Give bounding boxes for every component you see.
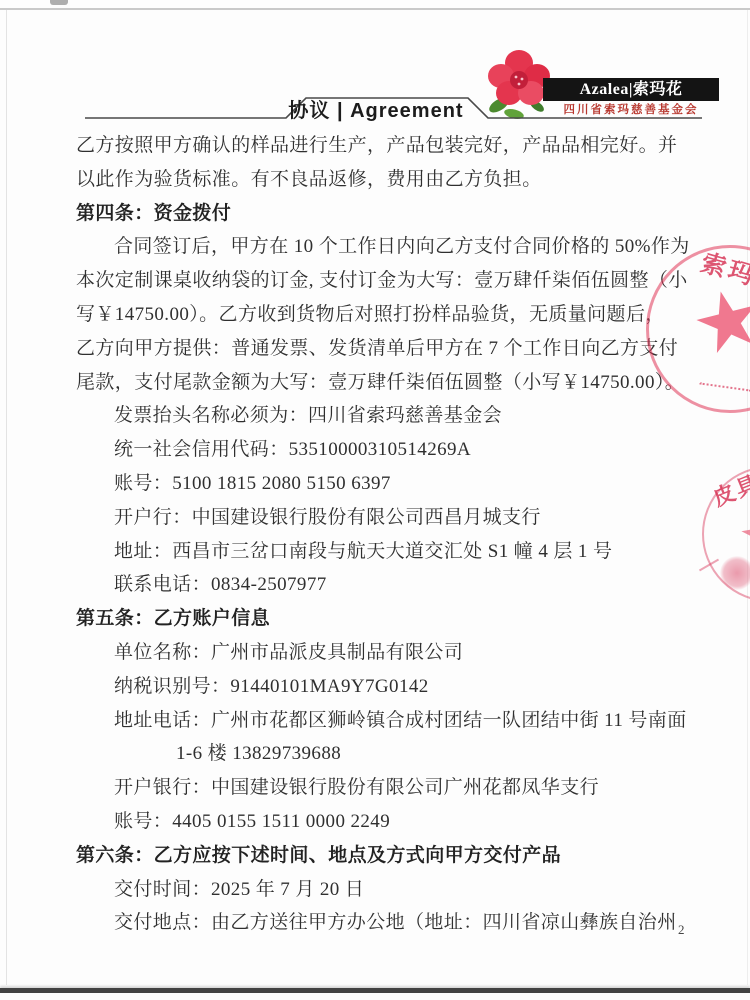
seal-serial-marks [699, 382, 750, 397]
seal-emblem-blob [720, 556, 750, 590]
seal-star-icon [688, 281, 750, 361]
scan-edge-left [6, 10, 7, 985]
address-line: 地址：西昌市三岔口南段与航天大道交汇处 S1 幢 4 层 1 号 [76, 535, 708, 569]
bank-line: 开户行：中国建设银行股份有限公司西昌月城支行 [76, 501, 708, 535]
clause-4-heading: 第四条：资金拨付 [76, 197, 708, 231]
agreement-body: 乙方按照甲方确认的样品进行生产，产品包装完好，产品品相完好。并 以此作为验货标准… [76, 129, 708, 940]
clause-5-heading: 第五条：乙方账户信息 [76, 602, 708, 636]
company-name-line: 单位名称：广州市品派皮具制品有限公司 [76, 636, 708, 670]
credit-code-line: 统一社会信用代码：53510000310514269A [76, 433, 708, 467]
phone-line: 联系电话：0834-2507977 [76, 568, 708, 602]
company-seal-characters: 皮具 [708, 466, 750, 513]
tax-id-line: 纳税识别号：91440101MA9Y7G0142 [76, 670, 708, 704]
company-address-line-2: 1-6 楼 13829739688 [76, 737, 708, 771]
company-red-seal: 皮具 [702, 466, 750, 602]
delivery-time-line: 交付时间：2025 年 7 月 20 日 [76, 873, 708, 907]
body-line: 乙方按照甲方确认的样品进行生产，产品包装完好，产品品相完好。并 [76, 129, 708, 163]
body-line: 尾款，支付尾款金额为大写：壹万肆仟柒佰伍圆整（小写￥14750.00）。 [76, 366, 708, 400]
body-line: 乙方向甲方提供：普通发票、发货清单后甲方在 7 个工作日向乙方支付 [76, 332, 708, 366]
clause-6-heading: 第六条：乙方应按下述时间、地点及方式向甲方交付产品 [76, 839, 708, 873]
page-title: 协议 | Agreement [286, 94, 466, 120]
scan-edge-bottom [0, 988, 750, 993]
body-line: 本次定制课桌收纳袋的订金, 支付订金为大写：壹万肆仟柒佰伍圆整（小 [76, 264, 708, 298]
company-account-line: 账号：4405 0155 1511 0000 2249 [76, 805, 708, 839]
page-number: 2 [678, 922, 685, 938]
scan-notch [50, 0, 68, 5]
invoice-title-line: 发票抬头名称必须为：四川省索玛慈善基金会 [76, 399, 708, 433]
delivery-place-line: 交付地点：由乙方送往甲方办公地（地址：四川省凉山彝族自治州 [76, 906, 708, 940]
company-bank-line: 开户银行：中国建设银行股份有限公司广州花都凤华支行 [76, 771, 708, 805]
body-line: 合同签订后，甲方在 10 个工作日内向乙方支付合同价格的 50%作为 [76, 230, 708, 264]
scan-edge-top [0, 8, 750, 10]
scanned-agreement-page: Azalea|索玛花 四川省索玛慈善基金会 协议 | Agreement 乙方按… [0, 0, 750, 1000]
body-line: 以此作为验货标准。有不良品返修，费用由乙方负担。 [76, 163, 708, 197]
company-address-line: 地址电话：广州市花都区狮岭镇合成村团结一队团结中街 11 号南面 [76, 704, 708, 738]
body-line: 写￥14750.00）。乙方收到货物后对照打扮样品验货，无质量问题后， [76, 298, 708, 332]
account-number-line: 账号：5100 1815 2080 5150 6397 [76, 467, 708, 501]
